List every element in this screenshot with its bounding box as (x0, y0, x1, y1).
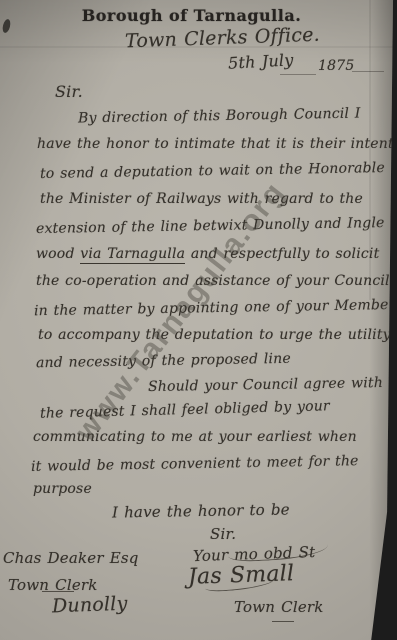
addressee-title-underline (42, 583, 74, 592)
letter-line: Should your Council agree with (148, 375, 383, 395)
fold-crease-vertical (369, 0, 371, 300)
letter-line: the Minister of Railways with regard to … (40, 191, 363, 207)
letter-page: Borough of Tarnagulla. Town Clerks Offic… (0, 0, 397, 640)
letter-line: it would be most convenient to meet for … (31, 453, 359, 475)
addressee-place: Dunolly (52, 593, 128, 618)
photo-background: Borough of Tarnagulla. Town Clerks Offic… (0, 0, 397, 640)
signer-title-dash (272, 613, 294, 622)
closing-sir: Sir. (210, 525, 236, 543)
letter-line: have the honor to intimate that it is th… (37, 136, 397, 152)
letterhead-title: Borough of Tarnagulla. (0, 6, 383, 25)
year-text: 1875 (318, 58, 354, 74)
letter-line: to accompany the deputation to urge the … (38, 327, 391, 343)
date-text: 5th July (228, 50, 294, 72)
via-underlined: via Tarnagulla (80, 246, 185, 264)
letter-line: to send a deputation to wait on the Hono… (40, 160, 385, 182)
addressee-name: Chas Deaker Esq (3, 549, 139, 567)
date-rule (280, 74, 316, 75)
letter-line: purpose (33, 481, 92, 497)
letter-line: By direction of this Borough Council I (78, 106, 361, 127)
via-pre: wood (36, 246, 80, 262)
letter-line: extension of the line betwixt Dunolly an… (36, 215, 385, 237)
closing-honor: I have the honor to be (112, 500, 290, 521)
salutation: Sir. (55, 82, 83, 101)
year-rule (352, 71, 384, 72)
office-line: Town Clerks Office. (125, 24, 321, 53)
fold-crease-horizontal (0, 46, 397, 48)
